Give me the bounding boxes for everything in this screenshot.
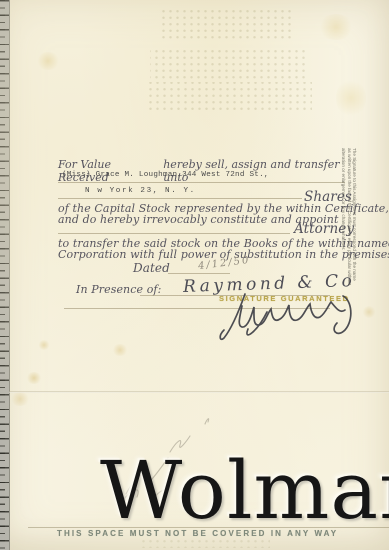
foxing-spot xyxy=(336,78,366,118)
fold-crease xyxy=(9,391,389,393)
foxing-spot xyxy=(362,306,376,318)
side-legal-notice: The Signature to this Assignment must co… xyxy=(341,148,357,298)
bottom-rule xyxy=(28,527,389,528)
foxing-spot xyxy=(112,344,128,356)
perforation-dots xyxy=(140,538,270,548)
form-rule xyxy=(58,233,290,234)
measuring-ruler xyxy=(0,0,10,550)
space-not-covered-notice: THIS SPACE MUST NOT BE COVERED IN ANY WA… xyxy=(57,529,338,538)
side-note-line2: as written upon the face of the Certific… xyxy=(341,148,352,298)
foxing-spot xyxy=(318,14,354,40)
perforation-dots xyxy=(160,8,292,42)
assignee-city-typed: N w York 23, N. Y. xyxy=(85,187,196,195)
assignee-name-typed: (Miss) Grace M. Loughman,344 West 72nd S… xyxy=(62,171,269,179)
side-note-line1: The Signature to this Assignment must co… xyxy=(352,148,357,298)
stock-certificate-back: For Value Received hereby sell, assign a… xyxy=(0,0,389,550)
dated-label: Dated xyxy=(133,261,170,275)
dated-rule xyxy=(168,273,230,274)
form-rule xyxy=(58,198,302,199)
perforation-dots xyxy=(146,82,312,112)
guarantor-signature xyxy=(215,292,360,344)
foxing-spot xyxy=(10,392,30,406)
wolmar-watermark: Wolmar xyxy=(100,451,389,531)
foxing-spot xyxy=(38,340,50,350)
foxing-spot xyxy=(36,52,60,70)
foxing-spot xyxy=(26,372,42,384)
form-rule xyxy=(58,182,345,183)
perforation-dots xyxy=(150,46,306,80)
ruler-major-ticks xyxy=(0,0,9,550)
